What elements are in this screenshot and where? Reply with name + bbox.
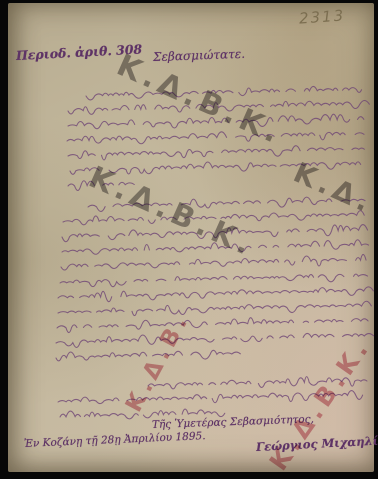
letter-content-layer: 2313 Περιοδ. ἀριθ. 308 Σεβασμιώτατε. Τῆς… <box>0 0 378 479</box>
handwritten-line <box>56 343 246 367</box>
scanned-letter-page: 2313 Περιοδ. ἀριθ. 308 Σεβασμιώτατε. Τῆς… <box>0 0 378 479</box>
catalog-number-pencil: 2313 <box>298 6 345 27</box>
place-date-line: Ἐν Κοζάνῃ τῇ 28ῃ Ἀπριλίου 1895. <box>24 430 206 450</box>
letter-paper: 2313 Περιοδ. ἀριθ. 308 Σεβασμιώτατε. Τῆς… <box>8 3 374 472</box>
signature: Γεώργιος Μιχαηλίδης <box>256 432 378 454</box>
salutation: Σεβασμιώτατε. <box>153 47 246 64</box>
handwritten-line <box>68 173 136 195</box>
protocol-number: Περιοδ. ἀριθ. 308 <box>16 41 143 63</box>
